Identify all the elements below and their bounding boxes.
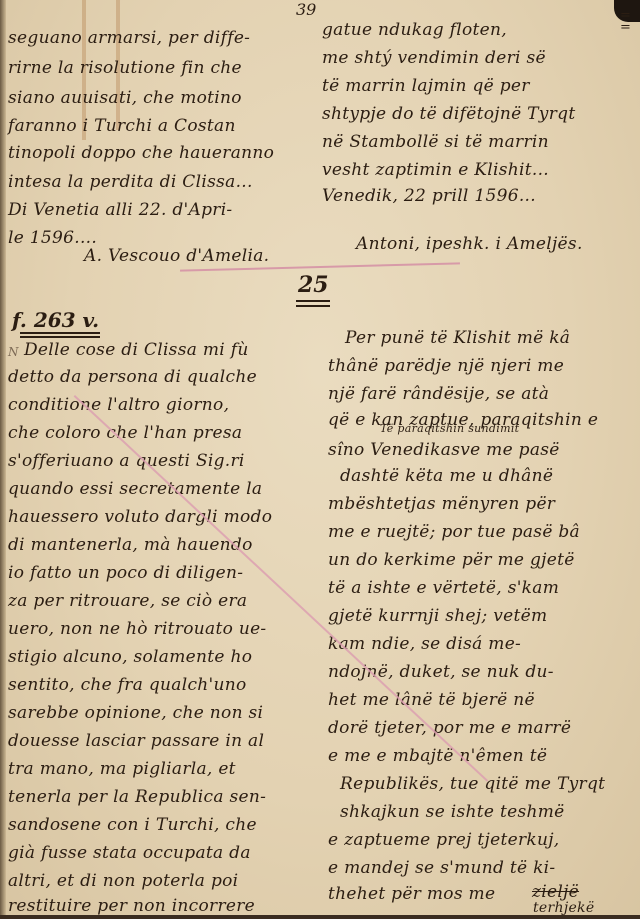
- text-line: Per punë të Klishit më kâ: [345, 328, 570, 348]
- text-line: dashtë këta me u dhânë: [340, 466, 553, 486]
- text-line: detto da persona di qualche: [8, 367, 257, 387]
- text-line: le 1596....: [8, 228, 97, 248]
- text-line: het me lânë të bjerë në: [328, 690, 535, 710]
- text-line: sarebbe opinione, che non si: [8, 703, 263, 723]
- text-line: mbështetjas mënyren për: [328, 494, 555, 514]
- text-line: të a ishte e vërtetë, s'kam: [328, 578, 559, 598]
- signature-albanian: Antoni, ipeshk. i Ameljës.: [356, 234, 583, 254]
- text-line: tra mano, ma pigliarla, et: [8, 759, 236, 779]
- text-line: io fatto un poco di diligen-: [8, 563, 243, 583]
- text-line: e me e mbajtë n'êmen të: [328, 746, 547, 766]
- text-line: conditione l'altro giorno,: [8, 395, 229, 415]
- section-underline: [296, 300, 330, 302]
- text-line: intesa la perdita di Clissa...: [8, 172, 253, 192]
- folio-underline: [20, 336, 100, 338]
- page-number: 39: [296, 0, 316, 19]
- text-line: sandosene con i Turchi, che: [8, 815, 257, 835]
- text-line: za per ritrouare, se ciò era: [8, 591, 247, 611]
- folio-reference: f. 263 v.: [12, 308, 99, 332]
- text-line: thânë parëdje një njeri me: [328, 356, 564, 376]
- text-line: rirne la risolutione fin che: [8, 58, 242, 78]
- text-line: kam ndie, se disá me-: [328, 634, 521, 654]
- text-line: un do kerkime për me gjetë: [328, 550, 575, 570]
- text-line: Delle cose di Clissa mi fù: [24, 340, 249, 360]
- text-line: terhjekë: [533, 900, 594, 916]
- text-line: dorë tjeter, por me e marrë: [328, 718, 571, 738]
- section-number: 25: [298, 272, 329, 298]
- text-line: già fusse stata occupata da: [8, 843, 251, 863]
- manuscript-page: 39 = = seguano armarsi, per diffe- rirne…: [0, 0, 640, 919]
- text-line: e mandej se s'mund të ki-: [328, 858, 555, 878]
- text-line: të marrin lajmin që per: [322, 76, 530, 96]
- text-line: shkajkun se ishte teshmë: [340, 802, 565, 822]
- text-line: che coloro che l'han presa: [8, 423, 242, 443]
- text-line: tenerla per la Republica sen-: [8, 787, 266, 807]
- text-line: stigio alcuno, solamente ho: [8, 647, 252, 667]
- text-line: gjetë kurrnji shej; vetëm: [328, 606, 547, 626]
- text-line: altri, et di non poterla poi: [8, 871, 238, 891]
- text-line: Republikës, tue qitë me Tyrqt: [340, 774, 605, 794]
- text-line: Venedik, 22 prill 1596...: [322, 186, 536, 206]
- text-line: një farë rândësije, se atà: [328, 384, 549, 404]
- margin-marks: = =: [620, 10, 640, 34]
- text-line: me shtý vendimin deri së: [322, 48, 546, 68]
- text-line: thehet për mos me: [328, 884, 495, 904]
- text-line: sentito, che fra qualch'uno: [8, 675, 247, 695]
- text-line: me e ruejtë; por tue pasë bâ: [328, 522, 580, 542]
- text-line: faranno i Turchi a Costan: [8, 116, 236, 136]
- inserted-text-line: Të paraqitshin sundimit: [380, 422, 519, 435]
- text-line: di mantenerla, mà hauendo: [8, 535, 253, 555]
- text-line: tinopoli doppo che haueranno: [8, 143, 274, 163]
- section-underline: [296, 305, 330, 307]
- page-left-edge: [0, 0, 6, 919]
- text-line: hauessero voluto dargli modo: [8, 507, 272, 527]
- text-line: e zaptueme prej tjeterkuj,: [328, 830, 560, 850]
- text-line: s'offeriuano a questi Sig.ri: [8, 451, 245, 471]
- text-line: në Stambollë si të marrin: [322, 132, 549, 152]
- struck-word: zieljë: [532, 882, 579, 902]
- text-line: uero, non ne hò ritrouato ue-: [8, 619, 266, 639]
- folio-underline: [20, 332, 100, 334]
- text-line: quando essi secretamente la: [8, 479, 262, 499]
- text-line: sîno Venedikasve me pasë: [328, 440, 560, 460]
- text-line: siano auuisati, che motino: [8, 88, 242, 108]
- text-line: gatue ndukag floten,: [322, 20, 507, 40]
- text-line: restituire per non incorrere: [8, 896, 255, 916]
- text-line: shtypje do të difëtojnë Tyrqt: [322, 104, 575, 124]
- nota-mark: N: [8, 345, 19, 359]
- text-line: seguano armarsi, per diffe-: [8, 28, 250, 48]
- text-line: douesse lasciar passare in al: [8, 731, 264, 751]
- signature-italian: A. Vescouo d'Amelia.: [84, 246, 269, 266]
- text-line: vesht zaptimin e Klishit...: [322, 160, 549, 180]
- text-line: Di Venetia alli 22. d'Apri-: [8, 200, 232, 220]
